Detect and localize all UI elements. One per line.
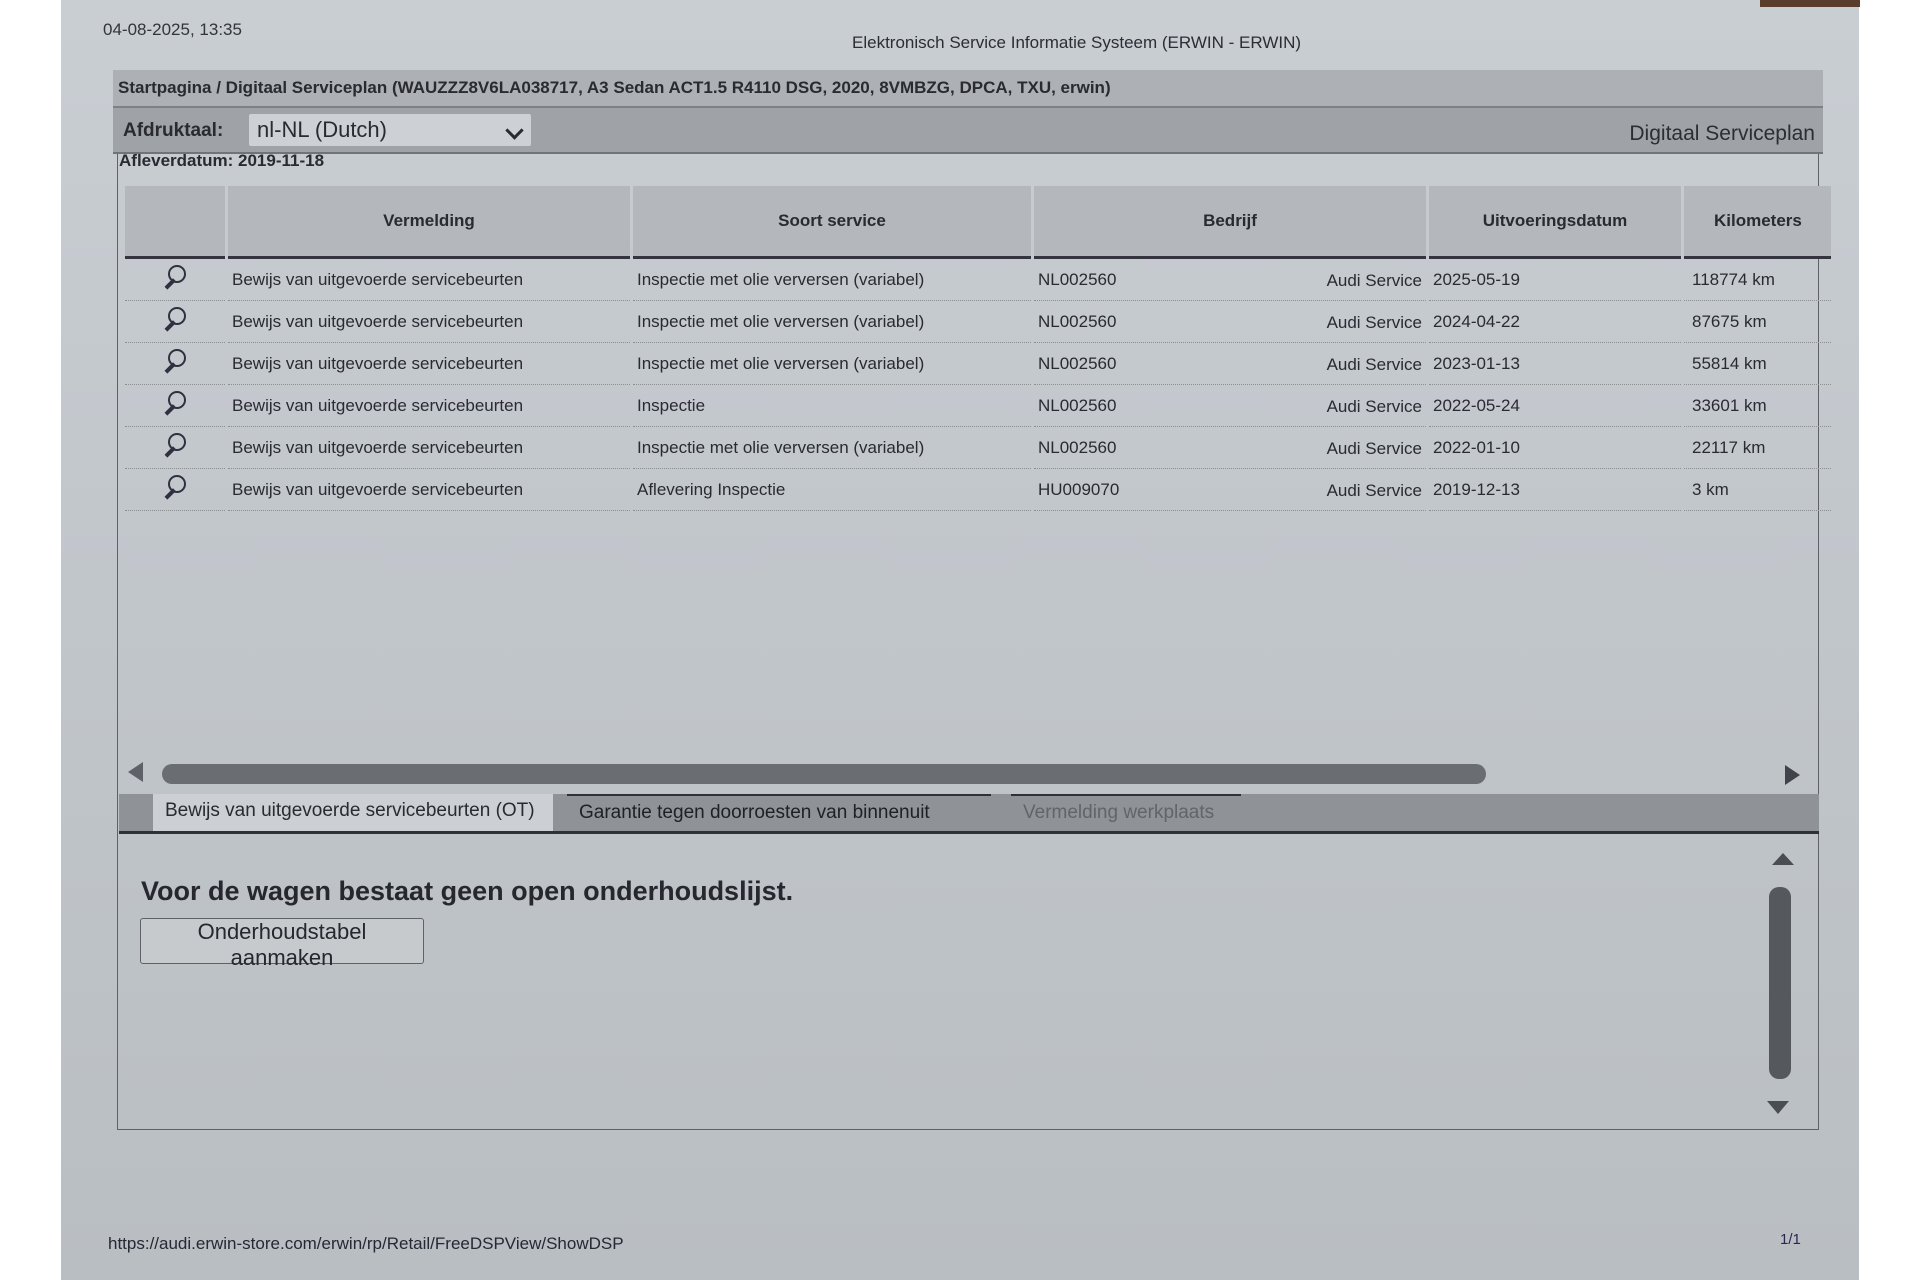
tab-label: Garantie tegen doorroesten van binnenuit <box>579 802 930 823</box>
chevron-down-icon <box>505 121 523 139</box>
company-code: NL002560 <box>1038 396 1116 415</box>
magnifier-icon[interactable] <box>162 347 188 375</box>
row-view-cell[interactable] <box>125 259 225 301</box>
language-label: Afdruktaal: <box>123 120 223 142</box>
cell-soort-service: Inspectie met olie verversen (variabel) <box>633 259 1031 301</box>
company-name: Audi Service <box>1327 313 1422 333</box>
cell-kilometers: 33601 km <box>1684 385 1831 427</box>
company-code: NL002560 <box>1038 438 1116 457</box>
company-name: Audi Service <box>1327 271 1422 291</box>
cell-kilometers: 55814 km <box>1684 343 1831 385</box>
company-code: NL002560 <box>1038 312 1116 331</box>
section-title: Digitaal Serviceplan <box>1629 122 1815 146</box>
delivery-date: Afleverdatum: 2019-11-18 <box>119 151 324 171</box>
cell-uitvoeringsdatum: 2019-12-13 <box>1429 469 1681 511</box>
cell-soort-service: Aflevering Inspectie <box>633 469 1031 511</box>
row-view-cell[interactable] <box>125 343 225 385</box>
tab-servicebeurten[interactable]: Bewijs van uitgevoerde servicebeurten (O… <box>153 794 553 831</box>
cell-uitvoeringsdatum: 2024-04-22 <box>1429 301 1681 343</box>
cell-vermelding: Bewijs van uitgevoerde servicebeurten <box>228 385 630 427</box>
cell-soort-service: Inspectie <box>633 385 1031 427</box>
print-footer-url: https://audi.erwin-store.com/erwin/rp/Re… <box>108 1234 624 1254</box>
table-row[interactable]: Bewijs van uitgevoerde servicebeurtenIns… <box>125 427 1831 469</box>
company-code: NL002560 <box>1038 354 1116 373</box>
cell-soort-service: Inspectie met olie verversen (variabel) <box>633 427 1031 469</box>
scroll-left-icon[interactable] <box>128 762 143 782</box>
scroll-right-icon[interactable] <box>1785 765 1800 785</box>
magnifier-icon[interactable] <box>162 263 188 291</box>
cell-uitvoeringsdatum: 2022-05-24 <box>1429 385 1681 427</box>
language-select[interactable]: nl-NL (Dutch) <box>249 114 531 146</box>
tab-label: Vermelding werkplaats <box>1023 802 1214 823</box>
company-code: HU009070 <box>1038 480 1119 499</box>
magnifier-icon[interactable] <box>162 431 188 459</box>
column-header-icon <box>125 186 225 259</box>
cell-bedrijf: NL002560Audi Service <box>1034 259 1426 301</box>
company-name: Audi Service <box>1327 397 1422 417</box>
cell-soort-service: Inspectie met olie verversen (variabel) <box>633 343 1031 385</box>
cell-vermelding: Bewijs van uitgevoerde servicebeurten <box>228 301 630 343</box>
language-value: nl-NL (Dutch) <box>257 117 387 142</box>
cell-soort-service: Inspectie met olie verversen (variabel) <box>633 301 1031 343</box>
column-header-soort-service[interactable]: Soort service <box>633 186 1031 259</box>
magnifier-icon[interactable] <box>162 305 188 333</box>
table-row[interactable]: Bewijs van uitgevoerde servicebeurtenIns… <box>125 385 1831 427</box>
table-row[interactable]: Bewijs van uitgevoerde servicebeurtenIns… <box>125 343 1831 385</box>
cell-kilometers: 3 km <box>1684 469 1831 511</box>
vertical-scroll-thumb[interactable] <box>1769 887 1791 1079</box>
column-header-kilometers[interactable]: Kilometers <box>1684 186 1831 259</box>
cell-bedrijf: NL002560Audi Service <box>1034 301 1426 343</box>
column-header-vermelding[interactable]: Vermelding <box>228 186 630 259</box>
create-maintenance-table-button[interactable]: Onderhoudstabel aanmaken <box>140 918 424 964</box>
cell-uitvoeringsdatum: 2025-05-19 <box>1429 259 1681 301</box>
table-row[interactable]: Bewijs van uitgevoerde servicebeurtenIns… <box>125 301 1831 343</box>
cell-vermelding: Bewijs van uitgevoerde servicebeurten <box>228 259 630 301</box>
background-edge <box>1760 0 1860 7</box>
horizontal-scroll-thumb[interactable] <box>162 764 1486 784</box>
column-header-uitvoeringsdatum[interactable]: Uitvoeringsdatum <box>1429 186 1681 259</box>
cell-kilometers: 22117 km <box>1684 427 1831 469</box>
cell-vermelding: Bewijs van uitgevoerde servicebeurten <box>228 427 630 469</box>
company-name: Audi Service <box>1327 481 1422 501</box>
toolbar: Afdruktaal: nl-NL (Dutch) Digitaal Servi… <box>113 108 1823 154</box>
print-timestamp: 04-08-2025, 13:35 <box>103 20 242 40</box>
horizontal-scrollbar[interactable] <box>128 760 1800 786</box>
cell-kilometers: 87675 km <box>1684 301 1831 343</box>
tab-garantie-doorroesten[interactable]: Garantie tegen doorroesten van binnenuit <box>567 794 991 831</box>
cell-vermelding: Bewijs van uitgevoerde servicebeurten <box>228 469 630 511</box>
tab-vermelding-werkplaats[interactable]: Vermelding werkplaats <box>1011 794 1241 831</box>
tab-bar: Bewijs van uitgevoerde servicebeurten (O… <box>119 794 1819 834</box>
company-name: Audi Service <box>1327 439 1422 459</box>
company-code: NL002560 <box>1038 270 1116 289</box>
breadcrumb: Startpagina / Digitaal Serviceplan (WAUZ… <box>113 70 1823 108</box>
print-title: Elektronisch Service Informatie Systeem … <box>852 33 1301 53</box>
scroll-up-icon[interactable] <box>1772 853 1794 865</box>
table-row[interactable]: Bewijs van uitgevoerde servicebeurtenAfl… <box>125 469 1831 511</box>
cell-bedrijf: NL002560Audi Service <box>1034 427 1426 469</box>
cell-bedrijf: NL002560Audi Service <box>1034 343 1426 385</box>
tab-label: Bewijs van uitgevoerde servicebeurten (O… <box>165 800 535 821</box>
column-header-bedrijf[interactable]: Bedrijf <box>1034 186 1426 259</box>
row-view-cell[interactable] <box>125 385 225 427</box>
scroll-down-icon[interactable] <box>1767 1101 1789 1114</box>
cell-kilometers: 118774 km <box>1684 259 1831 301</box>
service-history-table: Vermelding Soort service Bedrijf Uitvoer… <box>122 186 1834 511</box>
company-name: Audi Service <box>1327 355 1422 375</box>
cell-bedrijf: NL002560Audi Service <box>1034 385 1426 427</box>
magnifier-icon[interactable] <box>162 473 188 501</box>
cell-vermelding: Bewijs van uitgevoerde servicebeurten <box>228 343 630 385</box>
panel-message: Voor de wagen bestaat geen open onderhou… <box>141 876 793 907</box>
cell-uitvoeringsdatum: 2023-01-13 <box>1429 343 1681 385</box>
row-view-cell[interactable] <box>125 469 225 511</box>
row-view-cell[interactable] <box>125 427 225 469</box>
cell-bedrijf: HU009070Audi Service <box>1034 469 1426 511</box>
page-number: 1/1 <box>1780 1231 1801 1248</box>
magnifier-icon[interactable] <box>162 389 188 417</box>
cell-uitvoeringsdatum: 2022-01-10 <box>1429 427 1681 469</box>
table-row[interactable]: Bewijs van uitgevoerde servicebeurtenIns… <box>125 259 1831 301</box>
breadcrumb-text[interactable]: Startpagina / Digitaal Serviceplan (WAUZ… <box>118 78 1111 97</box>
row-view-cell[interactable] <box>125 301 225 343</box>
